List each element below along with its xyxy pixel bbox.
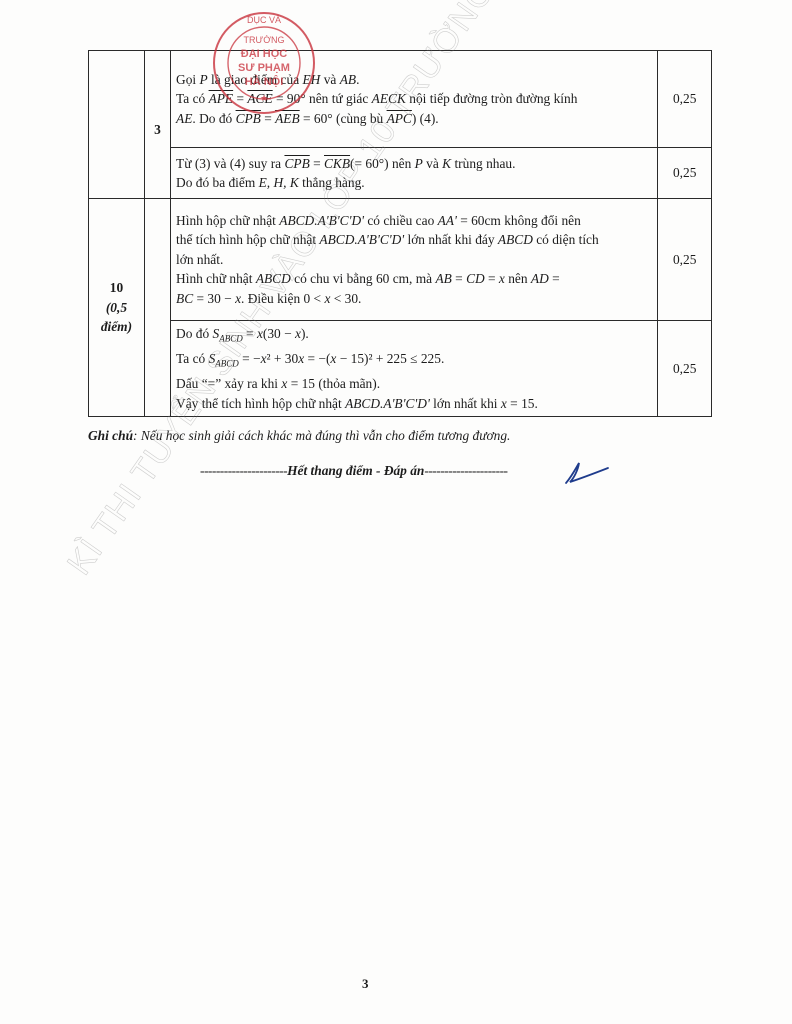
svg-text:ĐẠI HỌC: ĐẠI HỌC — [241, 48, 288, 60]
dash-divider: ---------------------- — [200, 463, 287, 478]
solution-step: Từ (3) và (4) suy ra CPB = CKB(= 60°) nê… — [171, 148, 658, 199]
score-cell: 0,25 — [658, 148, 712, 199]
question-points-unit: điểm) — [90, 317, 143, 337]
svg-text:SƯ PHẠM: SƯ PHẠM — [238, 62, 290, 74]
page-number: 3 — [362, 976, 369, 992]
note-label: Ghi chú — [88, 428, 133, 443]
svg-text:DỤC VÀ: DỤC VÀ — [247, 15, 281, 25]
score-cell: 0,25 — [658, 199, 712, 321]
end-of-answer-key: ----------------------Hết thang điểm - Đ… — [200, 463, 508, 479]
dash-divider: --------------------- — [424, 463, 507, 478]
question-cell: 10 (0,5 điểm) — [89, 199, 145, 417]
svg-text:TRƯỜNG: TRƯỜNG — [244, 35, 285, 45]
solution-line: Hình chữ nhật ABCD có chu vi bằng 60 cm,… — [176, 269, 651, 289]
table-row: Từ (3) và (4) suy ra CPB = CKB(= 60°) nê… — [89, 148, 712, 199]
table-row: 10 (0,5 điểm) Hình hộp chữ nhật ABCD.A'B… — [89, 199, 712, 321]
question-points: (0,5 — [90, 298, 143, 318]
svg-text:★: ★ — [260, 94, 268, 104]
part-number: 3 — [144, 51, 170, 199]
official-stamp-icon: DỤC VÀ TRƯỜNG ĐẠI HỌC SƯ PHẠM HÀ NỘI ★ — [205, 5, 323, 115]
solution-line: Vậy thể tích hình hộp chữ nhật ABCD.A'B'… — [176, 394, 651, 414]
solution-line: thể tích hình hộp chữ nhật ABCD.A'B'C'D'… — [176, 230, 651, 250]
solution-line: Hình hộp chữ nhật ABCD.A'B'C'D' có chiều… — [176, 211, 651, 231]
part-cell-empty — [144, 199, 170, 417]
solution-line: lớn nhất. — [176, 250, 651, 270]
svg-text:HÀ NỘI: HÀ NỘI — [245, 75, 284, 88]
score-cell: 0,25 — [658, 51, 712, 148]
solution-line: Dấu “=” xảy ra khi x = 15 (thỏa mãn). — [176, 374, 651, 394]
question-cell-empty — [89, 51, 145, 199]
score-cell: 0,25 — [658, 321, 712, 417]
signature-icon — [560, 460, 612, 486]
end-text: Hết thang điểm - Đáp án — [287, 463, 424, 478]
solution-line: Do đó ba điểm E, H, K thẳng hàng. — [176, 173, 651, 193]
question-number: 10 — [90, 278, 143, 298]
solution-line: Từ (3) và (4) suy ra CPB = CKB(= 60°) nê… — [176, 154, 651, 174]
document-page: 3 Gọi P là giao điểm của EH và AB. Ta có… — [0, 0, 792, 1024]
